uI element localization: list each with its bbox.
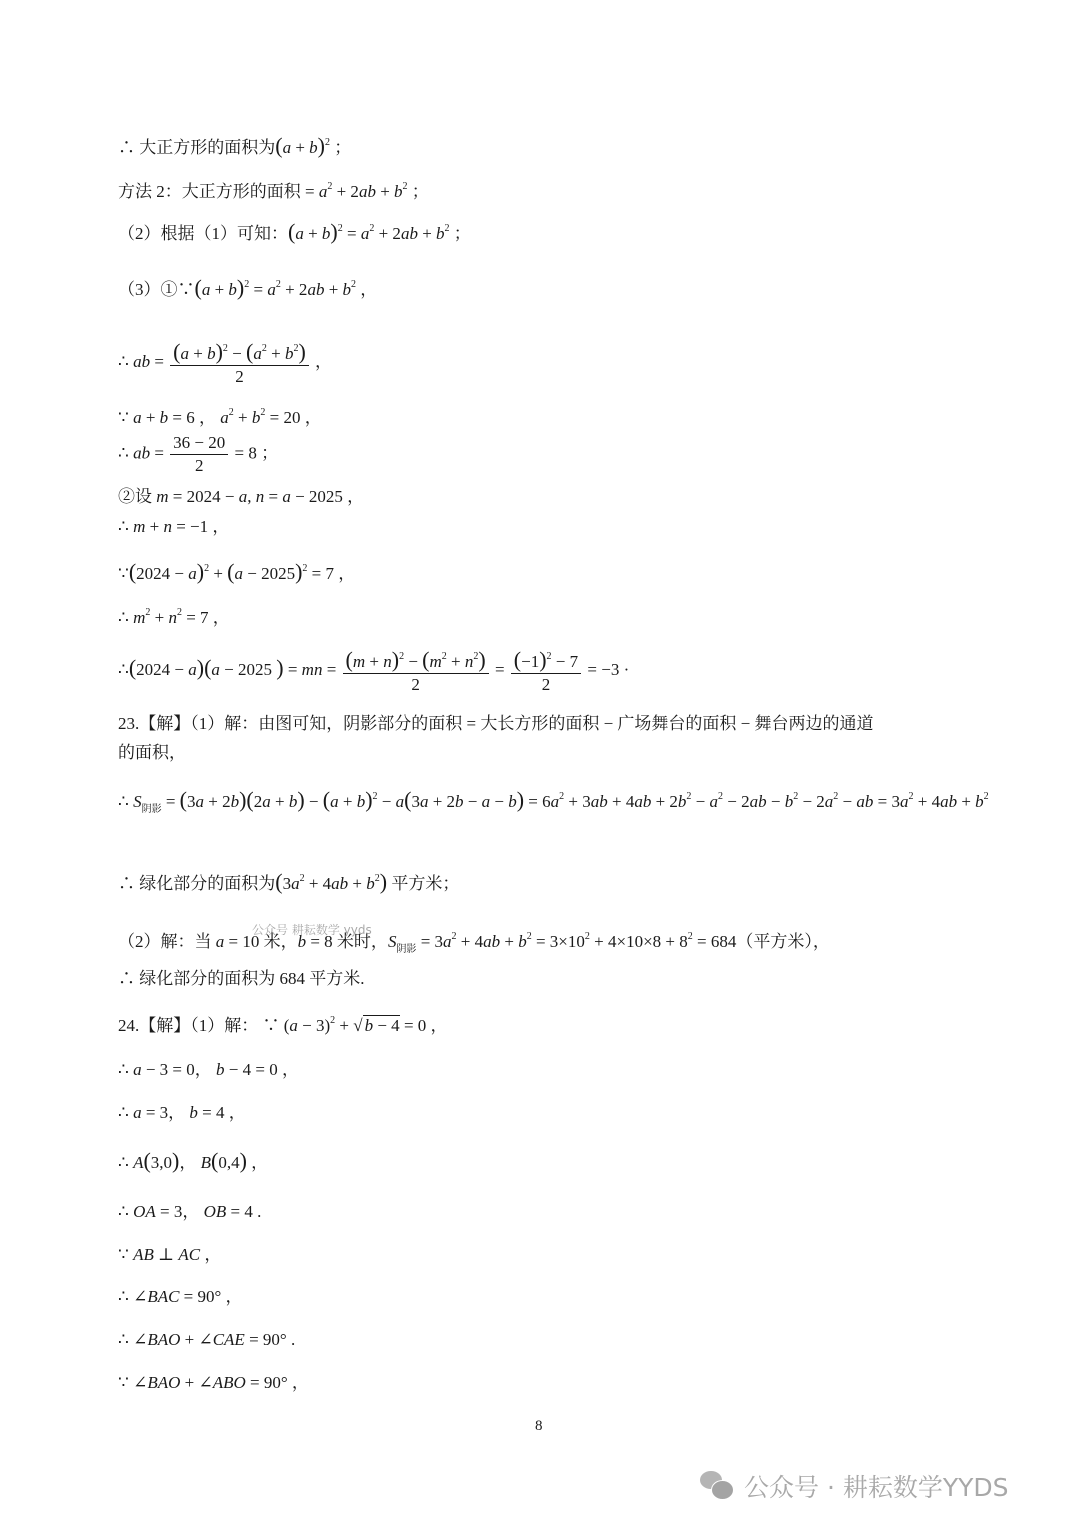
fraction: 36 − 202	[170, 432, 228, 477]
solution-line-27: ∵ ∠BAO + ∠ABO = 90° ，	[118, 1372, 309, 1394]
solution-line-6: ∵ a + b = 6 ， a2 + b2 = 20 ，	[118, 402, 322, 429]
solution-line-12: ∴(2024 − a)(a − 2025 ) = mn = (m + n)2 −…	[118, 646, 629, 696]
solution-line-15: ∴ S阴影 = (3a + 2b)(2a + b) − (a + b)2 − a…	[118, 786, 989, 821]
solution-line-4: （3）①∵(a + b)2 = a2 + 2ab + b2 ，	[118, 274, 377, 301]
footer-watermark-text: 公众号 · 耕耘数学YYDS	[744, 1468, 1009, 1504]
solution-line-17: （2）解：当 a = 10 米，b = 8 米时，S阴影 = 3a2 + 4ab…	[118, 926, 830, 961]
solution-line-5: ∴ ab = (a + b)2 − (a2 + b2)2 ，	[118, 338, 332, 388]
solution-line-26: ∴ ∠BAO + ∠CAE = 90° .	[118, 1329, 295, 1351]
solution-line-20: ∴ a − 3 = 0， b − 4 = 0 ，	[118, 1059, 299, 1081]
solution-line-18: ∴ 绿化部分的面积为 684 平方米.	[118, 968, 365, 990]
solution-line-16: ∴ 绿化部分的面积为(3a2 + 4ab + b2) 平方米；	[118, 868, 459, 895]
page-number: 8	[535, 1418, 543, 1435]
solution-line-3: （2）根据（1）可知：(a + b)2 = a2 + 2ab + b2 ；	[118, 218, 471, 245]
solution-line-14: 的面积，	[118, 742, 186, 764]
fraction: (−1)2 − 72	[511, 646, 581, 696]
wechat-icon	[700, 1471, 734, 1501]
solution-line-23: ∴ OA = 3， OB = 4 .	[118, 1201, 261, 1223]
document-page: ∴ 大正方形的面积为(a + b)2 ；方法 2：大正方形的面积 = a2 + …	[0, 0, 1080, 1527]
solution-line-11: ∴ m2 + n2 = 7 ，	[118, 602, 230, 629]
solution-line-7: ∴ ab = 36 − 202 = 8 ；	[118, 432, 278, 477]
solution-line-8: ②设 m = 2024 − a, n = a − 2025 ，	[118, 486, 364, 508]
solution-line-21: ∴ a = 3， b = 4 ，	[118, 1102, 246, 1124]
solution-line-9: ∴ m + n = −1 ，	[118, 516, 229, 538]
solution-line-24: ∵ AB ⊥ AC ，	[118, 1244, 221, 1266]
fraction: (a + b)2 − (a2 + b2)2	[170, 338, 309, 388]
solution-line-22: ∴ A(3,0)， B(0,4) ，	[118, 1150, 268, 1174]
solution-line-19: 24.【解】（1）解： ∵ (a − 3)2 + √b − 4 = 0 ，	[118, 1010, 448, 1037]
solution-line-1: ∴ 大正方形的面积为(a + b)2 ；	[118, 132, 351, 159]
footer-watermark: 公众号 · 耕耘数学YYDS	[700, 1468, 1009, 1504]
inline-watermark: 公众号 耕耘数学 yyds	[252, 921, 372, 938]
fraction: (m + n)2 − (m2 + n2)2	[343, 646, 489, 696]
solution-line-2: 方法 2：大正方形的面积 = a2 + 2ab + b2 ；	[118, 176, 429, 203]
solution-line-10: ∵(2024 − a)2 + (a − 2025)2 = 7 ，	[118, 558, 355, 585]
solution-line-25: ∴ ∠BAC = 90° ，	[118, 1286, 243, 1308]
solution-line-13: 23.【解】（1）解：由图可知，阴影部分的面积 = 大长方形的面积 − 广场舞台…	[118, 713, 874, 735]
